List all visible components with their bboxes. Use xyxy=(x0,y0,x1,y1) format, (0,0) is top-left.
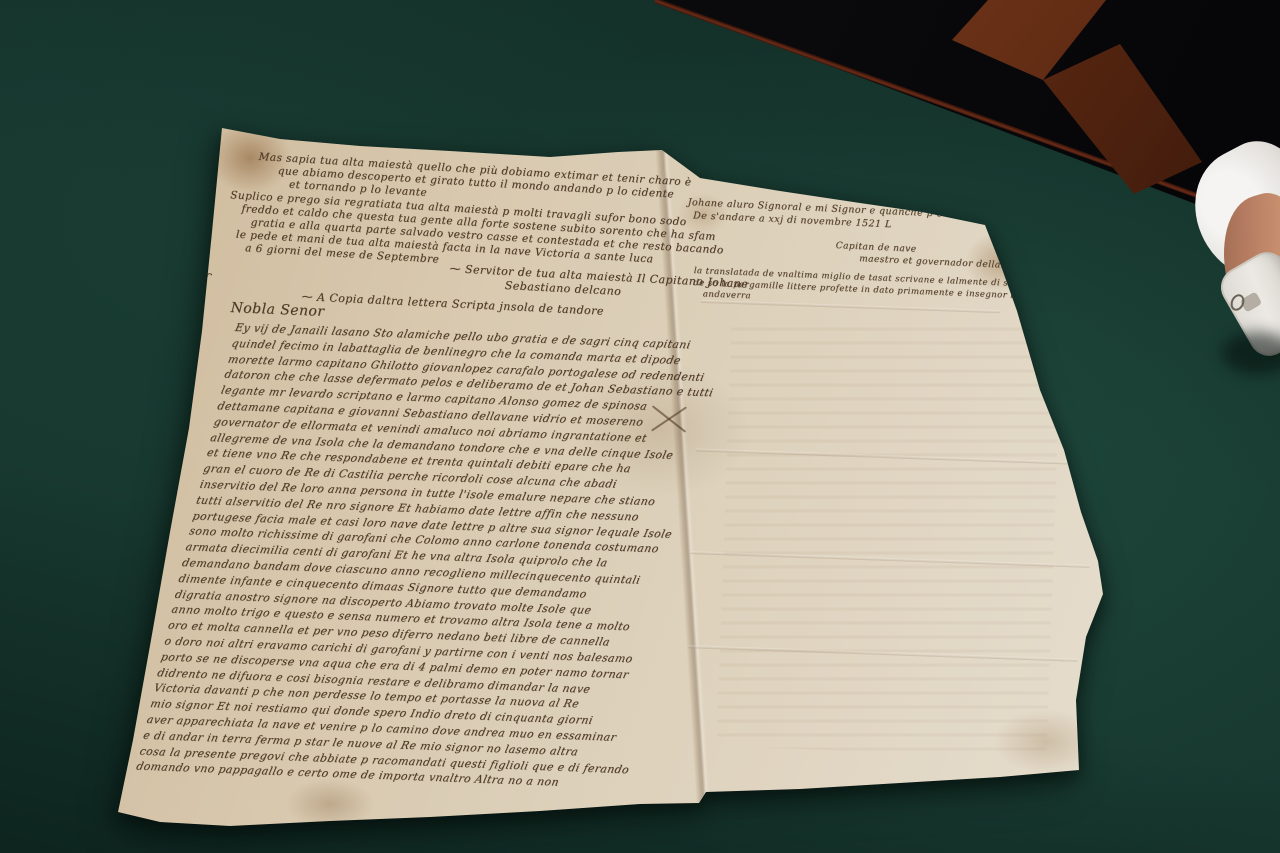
manuscript-sheet: Mas sapia tua alta maiestà quello che pi… xyxy=(0,0,1280,853)
letter-body: Ey vij de Janaili lasano Sto alamiche pe… xyxy=(135,320,727,793)
annotation-note: la translatada de vnaltima miglio de tas… xyxy=(693,266,1031,314)
photo-scene: Mas sapia tua alta maiestà quello che pi… xyxy=(0,0,1280,853)
annotation-dispatch: Johane aluro Signoral e mi Signor e quan… xyxy=(687,196,1042,238)
annotation-addressee: Capitan de nave maestro et governador de… xyxy=(835,240,1082,275)
manuscript-sheet-wrap: Mas sapia tua alta maiestà quello che pi… xyxy=(0,0,1280,853)
ink-bleedthrough xyxy=(717,316,1062,757)
margin-flourish: ſ xyxy=(202,270,211,290)
salutation-line: Nobla Senor xyxy=(230,300,324,320)
salutation: Nobla Senor xyxy=(230,300,324,320)
